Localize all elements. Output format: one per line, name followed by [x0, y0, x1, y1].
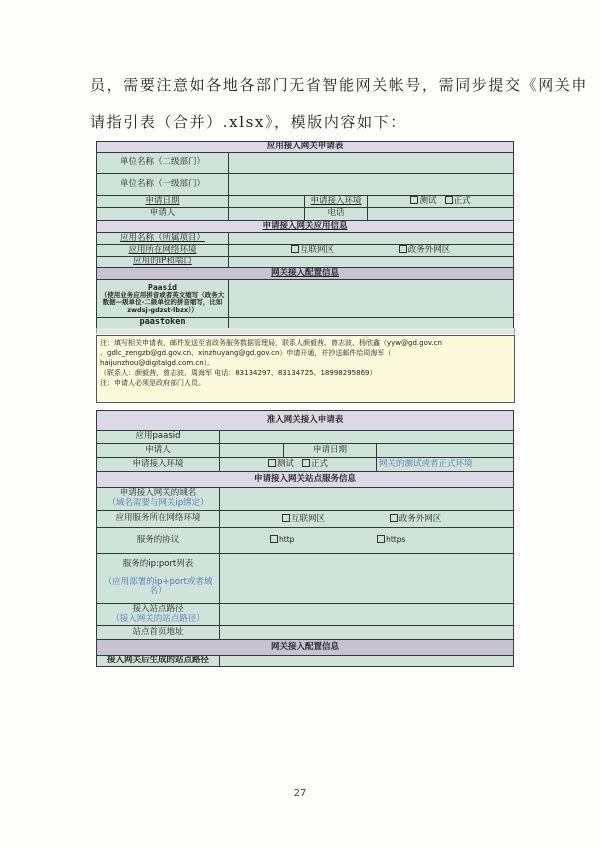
env2-test-checkbox[interactable] [268, 459, 276, 467]
app-paasid-label: 应用paasid [97, 431, 220, 444]
svc-net-gov-label: 政务外网区 [399, 514, 442, 524]
app-network-label: 应用所在网络环境 [97, 245, 229, 257]
https-label: https [386, 535, 405, 544]
service-network-label: 应用服务所在网络环境 [97, 511, 220, 528]
app-network-options: 互联网区 政务外网区 [229, 245, 514, 257]
phone-label: 电话 [305, 208, 368, 221]
env2-prod-label: 正式 [311, 459, 328, 469]
http-label: http [279, 535, 294, 544]
paastoken-field[interactable] [229, 318, 514, 329]
section-gateway-config-2: 网关接入配置信息 [97, 640, 514, 656]
paasid-hint: （使用业务应用拼音或者英文缩写（政务大数据—级单位-二级单位的拼音缩写，比如zw… [99, 292, 226, 314]
homepage-label: 站点首页地址 [97, 626, 220, 640]
env-hint: 网关的测试或者正式环境 [377, 458, 514, 472]
note-line-2: 、gdlc_zengzb@gd.gov.cn、xinzhuyang@gd.gov… [100, 348, 511, 358]
section-app-info: 申请接入网关应用信息 [97, 221, 514, 233]
env2-test-label: 测试 [277, 459, 294, 469]
http-checkbox[interactable] [270, 535, 278, 543]
protocol-options: http https [220, 528, 514, 554]
svc-net-internet-label: 互联网区 [291, 514, 325, 524]
app-ip-port-label: 应用的IP和端口 [97, 257, 229, 268]
net-gov-checkbox[interactable] [399, 245, 407, 253]
applicant-field[interactable] [229, 208, 305, 221]
unit-level1-field[interactable] [229, 174, 514, 196]
apply-date-field[interactable] [229, 196, 305, 208]
ipport-hint: （应用部署的ip+port或者域名） [99, 578, 217, 598]
unit-level1-label: 单位名称（一级部门） [97, 174, 229, 196]
phone-field[interactable] [368, 208, 514, 221]
app-ip-port-field[interactable] [229, 257, 514, 268]
site-path-label-cell: 接入站点路径 （接入网关的站点路径） [97, 604, 220, 626]
app-paasid-field[interactable] [220, 431, 514, 444]
body-paragraph-line-1: 员，需要注意如各地各部门无省智能网关帐号，需同步提交《网关申 [90, 74, 530, 95]
svc-net-gov-checkbox[interactable] [390, 514, 398, 522]
env-prod-label: 正式 [454, 196, 471, 206]
apply-date-label: 申请日期 [97, 196, 229, 208]
applicant-label: 申请人 [97, 208, 229, 221]
apply-env2-options: 测试 正式 [220, 458, 377, 472]
svc-net-internet-checkbox[interactable] [282, 514, 290, 522]
ipport-label-cell: 服务的ip:port列表 （应用部署的ip+port或者域名） [97, 554, 220, 604]
note-line-3: haijunzhou@digitalgd.com.cn）。 [100, 358, 511, 368]
generated-path-field[interactable] [220, 656, 514, 667]
apply-env-options: 测试 正式 [368, 196, 514, 208]
net-gov-label: 政务外网区 [408, 245, 451, 255]
net-internet-label: 互联网区 [300, 245, 334, 255]
note-line-1: 注：填写相关申请表，邮件发送至省政务服务数据管理局，联系人颜毅茜、曾志波、杨欣鑫… [100, 338, 511, 348]
gateway-admission-form: 准入网关接入申请表 应用paasid 申请人 申请日期 申请接入环境 测试 正式… [96, 410, 514, 667]
domain-field[interactable] [220, 488, 514, 511]
section-gateway-config: 网关接入配置信息 [97, 268, 514, 280]
ipport-field[interactable] [220, 554, 514, 604]
apply-env2-label: 申请接入环境 [97, 458, 220, 472]
paasid-label-cell: Paasid （使用业务应用拼音或者英文缩写（政务大数据—级单位-二级单位的拼音… [97, 280, 229, 318]
paastoken-label: paastoken [97, 318, 229, 329]
apply-date2-field[interactable] [377, 444, 514, 458]
site-path-hint: （接入网关的站点路径） [99, 615, 217, 625]
unit-level2-field[interactable] [229, 153, 514, 174]
env2-prod-checkbox[interactable] [302, 459, 310, 467]
paasid-field[interactable] [229, 280, 514, 318]
app-name-field[interactable] [229, 233, 514, 245]
apply-env-label: 申请接入环境 [305, 196, 368, 208]
generated-path-label: 接入网关后生成的站点路径 [97, 656, 220, 667]
table-spacer [96, 328, 515, 334]
applicant2-field[interactable] [220, 444, 284, 458]
env-prod-checkbox[interactable] [445, 196, 453, 204]
page-number: 27 [0, 788, 600, 799]
homepage-field[interactable] [220, 626, 514, 640]
service-network-options: 互联网区 政务外网区 [220, 511, 514, 528]
form-title: 应用接入网关申请表 [97, 142, 514, 153]
note-line-4: （联系人：颜毅茜、曾志波、周海军 电话：83134297、83134725、18… [100, 368, 511, 378]
apply-date2-label: 申请日期 [284, 444, 377, 458]
protocol-label: 服务的协议 [97, 528, 220, 554]
form2-title: 准入网关接入申请表 [97, 411, 514, 431]
app-name-label: 应用名称（所属项目） [97, 233, 229, 245]
unit-level2-label: 单位名称（二级部门） [97, 153, 229, 174]
env-test-label: 测试 [419, 196, 436, 206]
gateway-application-form: 应用接入网关申请表 单位名称（二级部门） 单位名称（一级部门） 申请日期 申请接… [96, 141, 514, 329]
domain-label-cell: 申请接入网关的域名 （域名需要与网关ip绑定） [97, 488, 220, 511]
env-test-checkbox[interactable] [410, 196, 418, 204]
body-paragraph-line-2: 请指引表（合并）.xlsx》，模版内容如下： [90, 111, 530, 132]
applicant2-label: 申请人 [97, 444, 220, 458]
form-note: 注：填写相关申请表，邮件发送至省政务服务数据管理局，联系人颜毅茜、曾志波、杨欣鑫… [96, 335, 515, 403]
ipport-label: 服务的ip:port列表 [99, 560, 217, 570]
https-checkbox[interactable] [377, 535, 385, 543]
note-line-5: 注：申请人必须是政府部门人员。 [100, 378, 511, 388]
net-internet-checkbox[interactable] [291, 245, 299, 253]
site-path-field[interactable] [220, 604, 514, 626]
section-site-info: 申请接入网关站点服务信息 [97, 472, 514, 488]
domain-hint: （域名需要与网关ip绑定） [99, 499, 217, 509]
